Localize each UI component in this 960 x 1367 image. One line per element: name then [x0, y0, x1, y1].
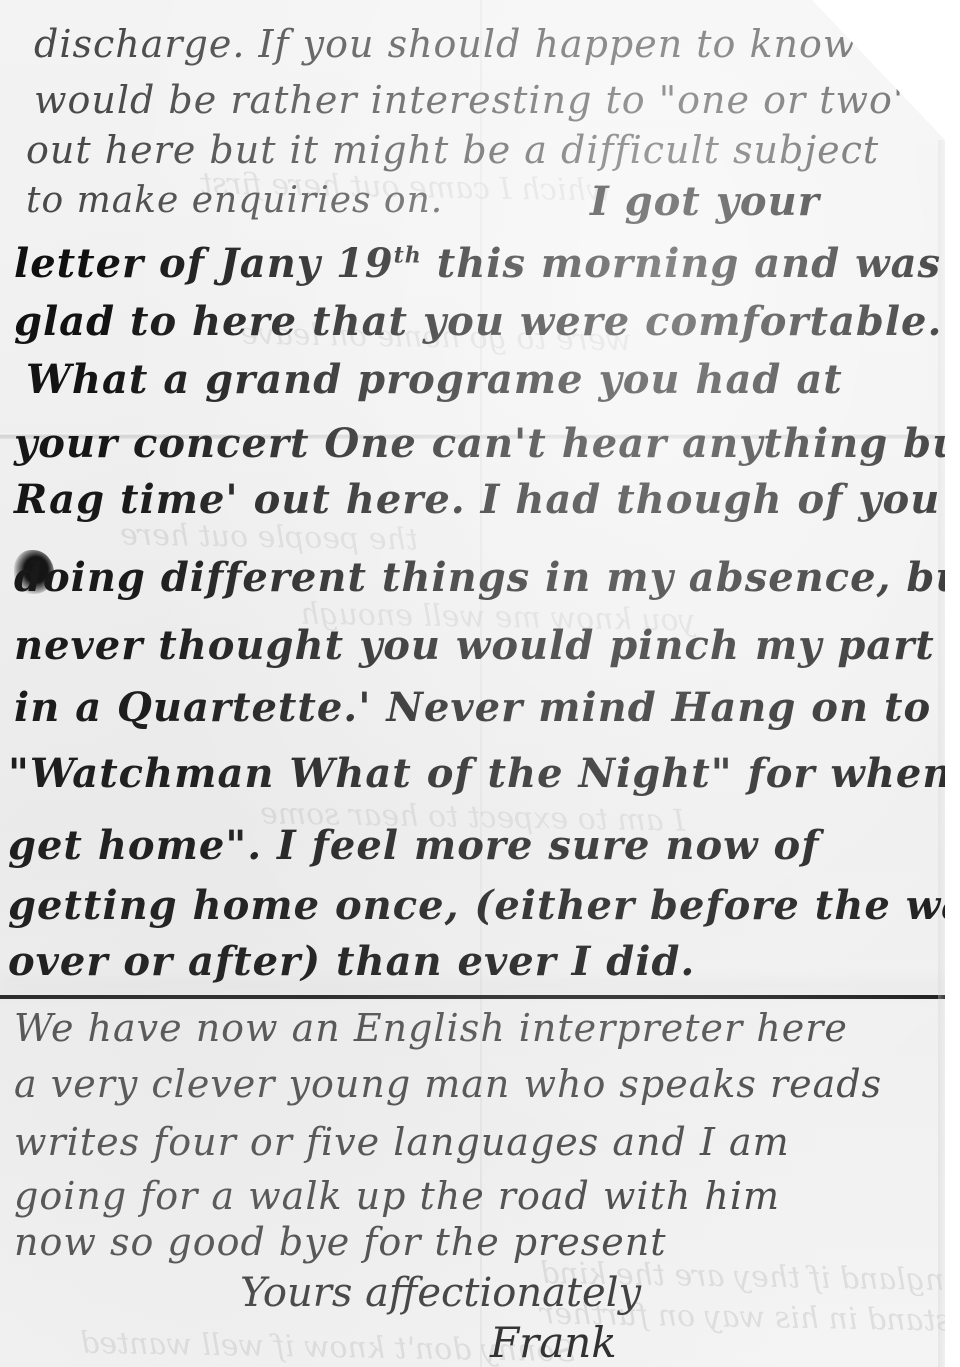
bleed-through-text: the people out here — [120, 517, 418, 557]
letter-line-text: "Watchman What of the Night" for when I — [8, 750, 948, 797]
letter-line: discharge. If you should happen to know — [34, 22, 856, 66]
letter-line: would be rather interesting to "one or t… — [34, 78, 911, 122]
letter-line: a very clever young man who speaks reads — [14, 1062, 882, 1106]
letter-line-text: this morning and was very — [422, 240, 948, 287]
letter-line: Rag time' out here. I had though of you — [14, 476, 940, 523]
letter-line: glad to here that you were comfortable. — [14, 298, 942, 345]
letter-line: over or after) than ever I did. — [8, 938, 695, 985]
letter-line: going for a walk up the road with him — [14, 1174, 780, 1218]
ordinal-suffix: th — [394, 243, 422, 269]
letter-line: never thought you would pinch my part — [14, 622, 935, 669]
letter-line: "Watchman What of the Night" for when I … — [8, 750, 948, 797]
letter-line: writes four or five languages and I am — [14, 1120, 790, 1164]
letter-line: now so good bye for the present — [14, 1220, 666, 1264]
letter-line: We have now an English interpreter here — [14, 1006, 848, 1050]
letter-line-i-got-your: I got your — [590, 178, 820, 225]
letter-line: your concert One can't hear anything but — [14, 420, 948, 467]
letter-line: out here but it might be a difficult sub… — [26, 128, 879, 172]
letter-line: letter of Jany 19th this morning and was… — [14, 240, 948, 287]
letter-line: doing different things in my absence, bu… — [14, 554, 948, 601]
letter-line: getting home once, (either before the wa… — [8, 882, 948, 929]
letter-line: What a grand programe you had at — [26, 356, 843, 403]
letter-line: get home". I feel more sure now of — [8, 822, 819, 869]
letter-line: to make enquiries on. — [26, 180, 443, 221]
letter-page: which I came out here first were to go h… — [0, 0, 948, 1367]
letter-line-text: letter of Jany 19 — [14, 240, 394, 287]
letter-line: in a Quartette.' Never mind Hang on to — [14, 684, 931, 731]
fold-line-lower — [0, 995, 948, 999]
signature: Frank — [490, 1318, 617, 1367]
valediction: Yours affectionately — [240, 1270, 641, 1316]
